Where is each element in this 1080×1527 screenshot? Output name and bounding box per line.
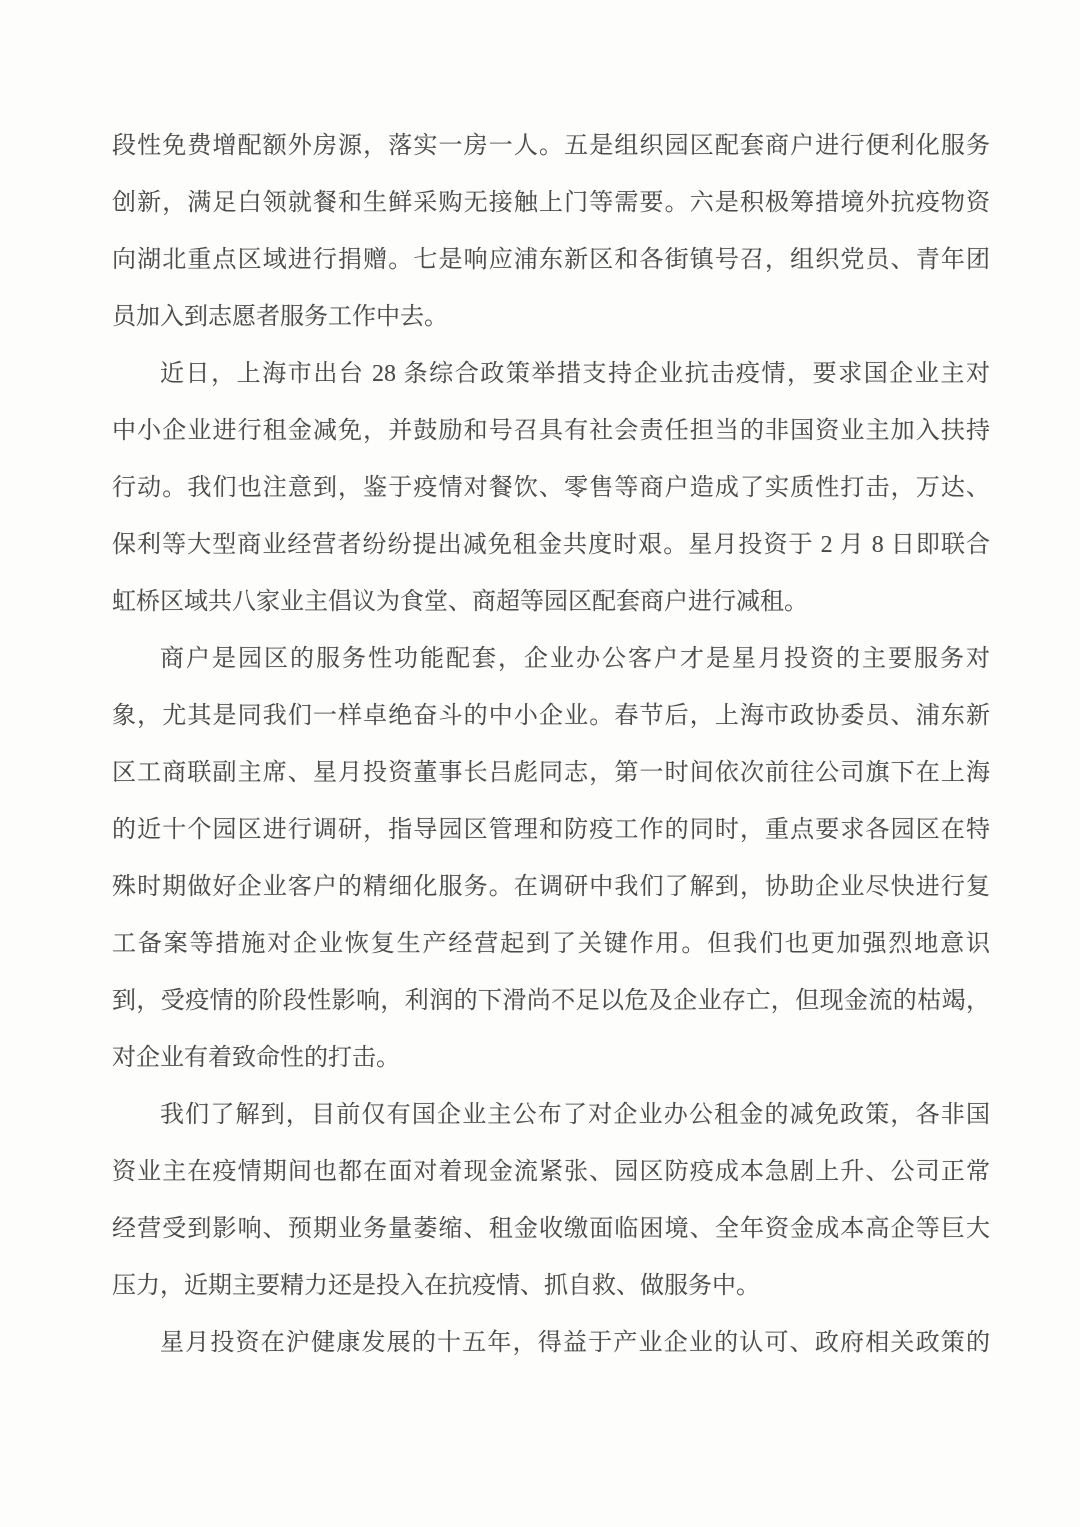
text-line: 的近十个园区进行调研，指导园区管理和防疫工作的同时，重点要求各园区在特 [112, 802, 990, 859]
text-line: 保利等大型商业经营者纷纷提出减免租金共度时艰。星月投资于 2 月 8 日即联合 [112, 517, 990, 574]
text-line: 商户是园区的服务性功能配套，企业办公客户才是星月投资的主要服务对 [112, 631, 990, 688]
text-line: 工备案等措施对企业恢复生产经营起到了关键作用。但我们也更加强烈地意识 [112, 916, 990, 973]
document-text: 段性免费增配额外房源，落实一房一人。五是组织园区配套商户进行便利化服务 创新，满… [112, 118, 990, 1372]
text-line: 经营受到影响、预期业务量萎缩、租金收缴面临困境、全年资金成本高企等巨大 [112, 1201, 990, 1258]
text-line: 虹桥区域共八家业主倡议为食堂、商超等园区配套商户进行减租。 [112, 574, 990, 631]
text-line: 中小企业进行租金减免，并鼓励和号召具有社会责任担当的非国资业主加入扶持 [112, 403, 990, 460]
text-line: 员加入到志愿者服务工作中去。 [112, 289, 990, 346]
text-line: 压力，近期主要精力还是投入在抗疫情、抓自救、做服务中。 [112, 1258, 990, 1315]
text-line: 象，尤其是同我们一样卓绝奋斗的中小企业。春节后，上海市政协委员、浦东新 [112, 688, 990, 745]
text-line: 对企业有着致命性的打击。 [112, 1030, 990, 1087]
text-line: 向湖北重点区域进行捐赠。七是响应浦东新区和各街镇号召，组织党员、青年团 [112, 232, 990, 289]
text-line: 星月投资在沪健康发展的十五年，得益于产业企业的认可、政府相关政策的 [112, 1315, 990, 1372]
text-line: 创新，满足白领就餐和生鲜采购无接触上门等需要。六是积极筹措境外抗疫物资 [112, 175, 990, 232]
text-line: 我们了解到，目前仅有国企业主公布了对企业办公租金的减免政策，各非国 [112, 1087, 990, 1144]
text-line: 区工商联副主席、星月投资董事长吕彪同志，第一时间依次前往公司旗下在上海 [112, 745, 990, 802]
text-line: 近日，上海市出台 28 条综合政策举措支持企业抗击疫情，要求国企业主对 [112, 346, 990, 403]
text-line: 资业主在疫情期间也都在面对着现金流紧张、园区防疫成本急剧上升、公司正常 [112, 1144, 990, 1201]
text-line: 段性免费增配额外房源，落实一房一人。五是组织园区配套商户进行便利化服务 [112, 118, 990, 175]
text-line: 行动。我们也注意到，鉴于疫情对餐饮、零售等商户造成了实质性打击，万达、 [112, 460, 990, 517]
text-line: 殊时期做好企业客户的精细化服务。在调研中我们了解到，协助企业尽快进行复 [112, 859, 990, 916]
text-line: 到，受疫情的阶段性影响，利润的下滑尚不足以危及企业存亡，但现金流的枯竭， [112, 973, 990, 1030]
document-page: 段性免费增配额外房源，落实一房一人。五是组织园区配套商户进行便利化服务 创新，满… [0, 0, 1080, 1527]
